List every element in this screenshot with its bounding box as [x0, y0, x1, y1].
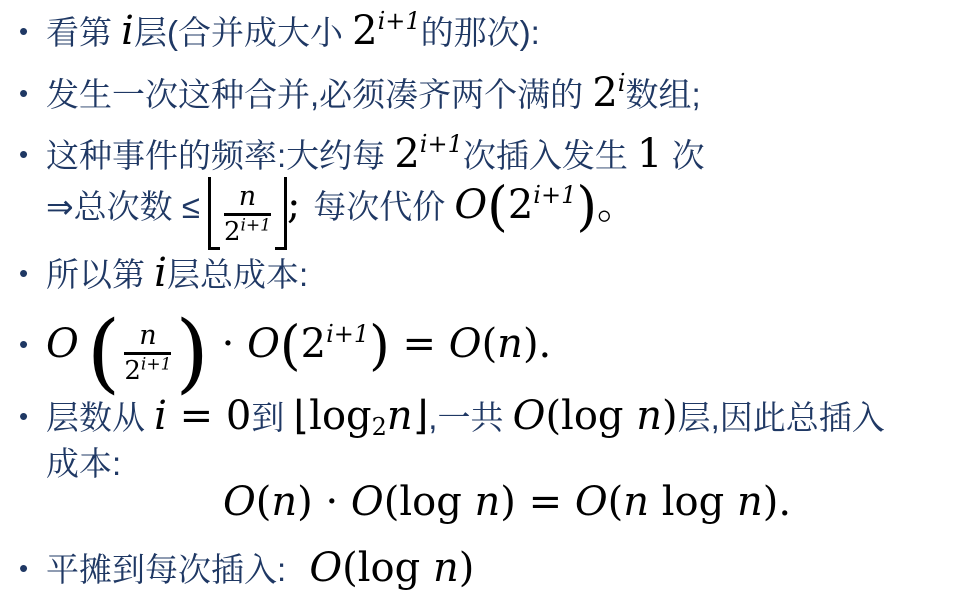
- paren-fraction: (n2i+1): [87, 322, 209, 384]
- paren-close: ): [523, 321, 539, 367]
- math-var-n: n: [433, 545, 459, 591]
- text-run: 层,因此总插入: [678, 399, 885, 436]
- bullet-item-2: • 发生一次这种合并,必须凑齐两个满的 2i数组;: [0, 68, 964, 118]
- text-run: 的那次):: [421, 14, 540, 51]
- math-equals: =: [390, 321, 449, 367]
- bullet-item-6-line-1: • 层数从 i = 0到 ⌊log2n⌋,一共 O(log n)层,因此总插入: [0, 391, 964, 441]
- math-base-2: 2: [592, 70, 617, 116]
- bullet-item-7: • 平摊到每次插入: O(log n): [0, 543, 964, 593]
- paren-open: (: [482, 321, 498, 367]
- paren-open: (: [280, 315, 301, 376]
- slide: • 看第 i层(合并成大小 2i+1的那次): • 发生一次这种合并,必须凑齐两…: [0, 0, 964, 613]
- bullet-item-1: • 看第 i层(合并成大小 2i+1的那次):: [0, 6, 964, 56]
- math-var-n: n: [475, 479, 501, 525]
- equation: O(n) · O(log n) = O(n log n).: [0, 477, 964, 527]
- math-var-n: n: [737, 479, 763, 525]
- bullet-item-3-line-2: ⇒总次数 ≤n2i+1; 每次代价 O(2i+1)。: [0, 163, 964, 247]
- math-sup: i+1: [141, 354, 172, 374]
- math-O: O: [575, 479, 608, 525]
- math-log: log: [399, 479, 474, 525]
- text-run: 数组;: [625, 76, 700, 113]
- math-cdot: ·: [209, 321, 247, 367]
- text-run: 所以第: [46, 256, 154, 293]
- fraction-denominator: 2i+1: [224, 216, 271, 245]
- text-run: ⇒总次数 ≤: [46, 188, 200, 225]
- math-log: log: [309, 393, 371, 439]
- math-equals: =: [516, 479, 575, 525]
- math-sup: i+1: [533, 181, 576, 209]
- paren-close: ): [763, 479, 779, 525]
- bullet-marker: •: [19, 555, 28, 581]
- bullet-marker: •: [19, 331, 28, 357]
- bullet-item-5: • O(n2i+1) · O(2i+1) = O(n).: [0, 300, 964, 388]
- paren-open: (: [608, 479, 624, 525]
- math-sup: i+1: [378, 7, 421, 35]
- paren-open: (: [384, 479, 400, 525]
- text-run: 层数从: [46, 399, 154, 436]
- paren-close: ): [662, 393, 678, 439]
- paren-open: (: [256, 479, 272, 525]
- text-run: 层总成本:: [167, 256, 308, 293]
- text-run: 层(合并成大小: [134, 14, 352, 51]
- floor-close-glyph: ⌋: [413, 393, 429, 439]
- math-var-n: n: [636, 393, 662, 439]
- math-O: O: [309, 545, 342, 591]
- math-sup: i+1: [326, 320, 369, 348]
- math-cdot: ·: [313, 479, 351, 525]
- text-run: 看第: [46, 14, 121, 51]
- math-log: log: [358, 545, 433, 591]
- text-run: ,一共: [428, 399, 512, 436]
- cjk-period: 。: [597, 182, 637, 228]
- paren-open: (: [545, 393, 561, 439]
- bullet-marker: •: [19, 260, 28, 286]
- paren-close: ): [297, 479, 313, 525]
- math-sup: i+1: [240, 215, 271, 235]
- math-O: O: [449, 321, 482, 367]
- text-run: 发生一次这种合并,必须凑齐两个满的: [46, 76, 592, 113]
- math-var-i: i: [121, 8, 134, 54]
- math-var-n: n: [497, 321, 523, 367]
- math-sup: i+1: [420, 130, 463, 158]
- floor-fraction: n2i+1: [208, 177, 287, 250]
- paren-open: (: [487, 176, 508, 237]
- math-O: O: [513, 393, 546, 439]
- text-run: 平摊到每次插入:: [46, 551, 295, 588]
- fraction-numerator: n: [139, 322, 156, 352]
- math-semicolon: ;: [287, 182, 313, 228]
- math-base-2: 2: [224, 217, 241, 247]
- math-var-i: i: [154, 250, 167, 296]
- fraction-denominator: 2i+1: [124, 355, 171, 384]
- math-var-n: n: [623, 479, 649, 525]
- fraction: n2i+1: [224, 183, 271, 245]
- bullet-marker: •: [19, 403, 28, 429]
- math-var-n: n: [387, 393, 413, 439]
- math-period: .: [539, 321, 552, 367]
- text-run: 每次代价: [313, 188, 454, 225]
- math-base-2: 2: [301, 321, 326, 367]
- text-run: 到: [251, 399, 293, 436]
- math-log: log: [561, 393, 636, 439]
- math-base-2: 2: [508, 182, 533, 228]
- math-base-2: 2: [352, 8, 377, 54]
- fraction: n2i+1: [124, 322, 171, 384]
- floor-bracket-right: [275, 177, 287, 250]
- math-var-i: i: [154, 393, 167, 439]
- math-num-0: 0: [226, 393, 251, 439]
- bullet-item-4: • 所以第 i层总成本:: [0, 248, 964, 298]
- floor-bracket-left: [208, 177, 220, 250]
- paren-close: ): [369, 315, 390, 376]
- floor-open-glyph: ⌊: [294, 393, 310, 439]
- math-var-n: n: [271, 479, 297, 525]
- math-sub-2: 2: [372, 413, 387, 441]
- math-O: O: [247, 321, 280, 367]
- math-O: O: [46, 321, 79, 367]
- paren-open: (: [342, 545, 358, 591]
- math-base-2: 2: [124, 356, 141, 386]
- math-log: log: [649, 479, 737, 525]
- math-equals: =: [167, 393, 226, 439]
- paren-close: ): [500, 479, 516, 525]
- math-period: .: [778, 479, 791, 525]
- math-O: O: [454, 182, 487, 228]
- paren-close: ): [459, 545, 475, 591]
- paren-close: ): [576, 176, 597, 237]
- bullet-marker: •: [19, 80, 28, 106]
- math-O: O: [223, 479, 256, 525]
- fraction-numerator: n: [239, 183, 256, 213]
- bullet-marker: •: [19, 18, 28, 44]
- math-O: O: [351, 479, 384, 525]
